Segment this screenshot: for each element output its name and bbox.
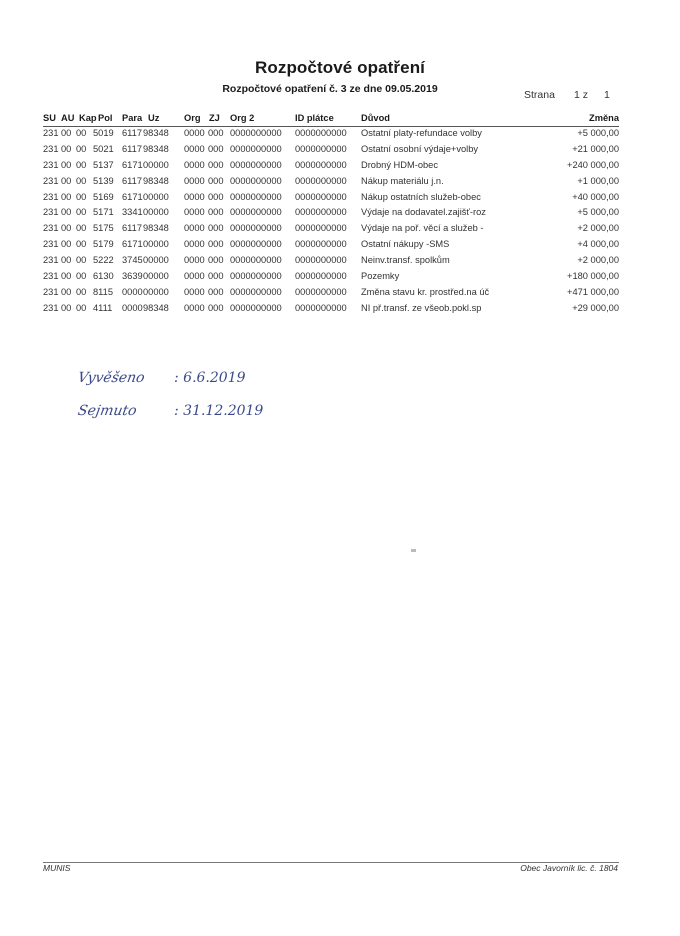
cell-id: 0000000000	[295, 255, 347, 265]
table-row: 2310000411100009834800000000000000000000…	[43, 302, 619, 318]
cell-su: 231	[43, 207, 59, 217]
cell-uz: 98348	[143, 303, 169, 313]
cell-au: 00	[61, 239, 71, 249]
cell-zmena: +1 000,00	[577, 176, 619, 186]
cell-au: 00	[61, 192, 71, 202]
handwritten-posted: Vyvěšeno: 6.6.2019	[78, 370, 246, 386]
cell-pol: 5019	[93, 128, 114, 138]
cell-uz: 98348	[143, 176, 169, 186]
table-row: 2310000513961179834800000000000000000000…	[43, 175, 619, 191]
cell-org: 0000	[184, 207, 205, 217]
cell-uz: 00000	[143, 271, 169, 281]
page-info: Strana1 z1	[524, 89, 610, 101]
cell-zmena: +21 000,00	[572, 144, 619, 154]
cell-zmena: +2 000,00	[577, 255, 619, 265]
cell-kap: 00	[76, 239, 86, 249]
table-header: SU AU Kap Pol Para Uz Org ZJ Org 2 ID pl…	[43, 113, 619, 127]
cell-au: 00	[61, 287, 71, 297]
col-zmena: Změna	[589, 113, 619, 123]
page-label: Strana	[524, 89, 574, 101]
cell-zmena: +5 000,00	[577, 128, 619, 138]
page-total: 1	[604, 89, 610, 101]
table-row: 2310000513761710000000000000000000000000…	[43, 159, 619, 175]
col-id-platce: ID plátce	[295, 113, 334, 123]
removed-label: Sejmuto	[77, 403, 176, 419]
cell-zj: 000	[208, 207, 224, 217]
cell-zj: 000	[208, 287, 224, 297]
table-row: 2310000517133410000000000000000000000000…	[43, 206, 619, 222]
cell-org: 0000	[184, 271, 205, 281]
cell-su: 231	[43, 192, 59, 202]
cell-su: 231	[43, 160, 59, 170]
cell-uz: 98348	[143, 128, 169, 138]
col-su: SU	[43, 113, 56, 123]
cell-pol: 5169	[93, 192, 114, 202]
cell-org2: 0000000000	[230, 223, 282, 233]
cell-zj: 000	[208, 255, 224, 265]
cell-org: 0000	[184, 287, 205, 297]
scan-speck	[411, 549, 416, 552]
cell-org2: 0000000000	[230, 192, 282, 202]
removed-date: : 31.12.2019	[174, 403, 263, 419]
cell-para: 6117	[122, 128, 142, 138]
posted-label: Vyvěšeno	[77, 370, 176, 386]
cell-zmena: +40 000,00	[572, 192, 619, 202]
cell-kap: 00	[76, 223, 86, 233]
cell-au: 00	[61, 303, 71, 313]
cell-kap: 00	[76, 128, 86, 138]
cell-org: 0000	[184, 255, 205, 265]
page-current: 1 z	[574, 89, 604, 101]
cell-duvod: Drobný HDM-obec	[361, 160, 438, 170]
table-body: 2310000501961179834800000000000000000000…	[43, 127, 619, 318]
cell-para: 6171	[122, 192, 143, 202]
cell-zj: 000	[208, 192, 224, 202]
cell-para: 0000	[122, 303, 143, 313]
cell-org2: 0000000000	[230, 255, 282, 265]
cell-au: 00	[61, 255, 71, 265]
table-row: 2310000517561179834800000000000000000000…	[43, 222, 619, 238]
cell-kap: 00	[76, 303, 86, 313]
cell-su: 231	[43, 239, 59, 249]
cell-duvod: Výdaje na dodavatel.zajišť-roz	[361, 207, 486, 217]
col-pol: Pol	[98, 113, 112, 123]
cell-zmena: +4 000,00	[577, 239, 619, 249]
col-para: Para	[122, 113, 142, 123]
cell-pol: 5179	[93, 239, 114, 249]
cell-kap: 00	[76, 160, 86, 170]
cell-duvod: Ostatní nákupy -SMS	[361, 239, 449, 249]
cell-au: 00	[61, 128, 71, 138]
cell-zj: 000	[208, 128, 224, 138]
cell-zmena: +5 000,00	[577, 207, 619, 217]
cell-para: 3341	[122, 207, 143, 217]
cell-org: 0000	[184, 128, 205, 138]
cell-org: 0000	[184, 160, 205, 170]
table-row: 2310000613036390000000000000000000000000…	[43, 270, 619, 286]
col-kap: Kap	[79, 113, 97, 123]
cell-org: 0000	[184, 192, 205, 202]
cell-pol: 5139	[93, 176, 114, 186]
cell-kap: 00	[76, 255, 86, 265]
cell-su: 231	[43, 176, 59, 186]
cell-duvod: Nákup ostatních služeb-obec	[361, 192, 481, 202]
cell-zj: 000	[208, 223, 224, 233]
table-row: 2310000811500000000000000000000000000000…	[43, 286, 619, 302]
cell-pol: 4111	[93, 303, 112, 313]
cell-uz: 00000	[143, 207, 169, 217]
cell-zj: 000	[208, 303, 224, 313]
budget-table: SU AU Kap Pol Para Uz Org ZJ Org 2 ID pl…	[43, 113, 619, 318]
page-title: Rozpočtové opatření	[0, 58, 680, 78]
cell-zj: 000	[208, 271, 224, 281]
cell-pol: 5222	[93, 255, 114, 265]
cell-pol: 5137	[93, 160, 114, 170]
cell-su: 231	[43, 223, 59, 233]
cell-duvod: NI př.transf. ze všeob.pokl.sp	[361, 303, 481, 313]
cell-zmena: +180 000,00	[567, 271, 619, 281]
cell-id: 0000000000	[295, 207, 347, 217]
cell-su: 231	[43, 287, 59, 297]
cell-zj: 000	[208, 144, 224, 154]
cell-id: 0000000000	[295, 271, 347, 281]
cell-id: 0000000000	[295, 287, 347, 297]
cell-id: 0000000000	[295, 176, 347, 186]
cell-org2: 0000000000	[230, 207, 282, 217]
cell-org2: 0000000000	[230, 176, 282, 186]
posted-date: : 6.6.2019	[174, 370, 246, 386]
cell-uz: 00000	[143, 160, 169, 170]
cell-zmena: +2 000,00	[577, 223, 619, 233]
cell-id: 0000000000	[295, 192, 347, 202]
cell-org: 0000	[184, 239, 205, 249]
cell-au: 00	[61, 160, 71, 170]
cell-au: 00	[61, 176, 71, 186]
footer-license: Obec Javorník lic. č. 1804	[520, 863, 618, 873]
cell-duvod: Nákup materiálu j.n.	[361, 176, 444, 186]
cell-zmena: +29 000,00	[572, 303, 619, 313]
cell-pol: 5175	[93, 223, 114, 233]
cell-uz: 00000	[143, 239, 169, 249]
cell-id: 0000000000	[295, 160, 347, 170]
cell-duvod: Ostatní osobní výdaje+volby	[361, 144, 478, 154]
cell-org2: 0000000000	[230, 303, 282, 313]
cell-org: 0000	[184, 303, 205, 313]
cell-au: 00	[61, 144, 71, 154]
cell-kap: 00	[76, 176, 86, 186]
cell-kap: 00	[76, 192, 86, 202]
table-row: 2310000517961710000000000000000000000000…	[43, 238, 619, 254]
cell-su: 231	[43, 128, 59, 138]
cell-au: 00	[61, 271, 71, 281]
cell-id: 0000000000	[295, 239, 347, 249]
cell-org2: 0000000000	[230, 144, 282, 154]
footer-software: MUNIS	[43, 863, 70, 873]
cell-org2: 0000000000	[230, 128, 282, 138]
cell-org: 0000	[184, 223, 205, 233]
col-org2: Org 2	[230, 113, 254, 123]
cell-para: 3639	[122, 271, 143, 281]
cell-pol: 6130	[93, 271, 114, 281]
cell-para: 6117	[122, 144, 142, 154]
cell-uz: 00000	[143, 192, 169, 202]
cell-para: 3745	[122, 255, 143, 265]
cell-su: 231	[43, 255, 59, 265]
cell-su: 231	[43, 144, 59, 154]
cell-kap: 00	[76, 207, 86, 217]
handwritten-removed: Sejmuto: 31.12.2019	[78, 403, 263, 419]
cell-su: 231	[43, 303, 59, 313]
cell-id: 0000000000	[295, 303, 347, 313]
cell-pol: 8115	[93, 287, 113, 297]
cell-zmena: +471 000,00	[567, 287, 619, 297]
cell-zmena: +240 000,00	[567, 160, 619, 170]
cell-org2: 0000000000	[230, 287, 282, 297]
cell-org: 0000	[184, 176, 205, 186]
table-row: 2310000502161179834800000000000000000000…	[43, 143, 619, 159]
cell-uz: 98348	[143, 144, 169, 154]
col-uz: Uz	[148, 113, 159, 123]
cell-au: 00	[61, 207, 71, 217]
cell-kap: 00	[76, 271, 86, 281]
cell-su: 231	[43, 271, 59, 281]
cell-para: 6171	[122, 160, 143, 170]
cell-duvod: Změna stavu kr. prostřed.na úč	[361, 287, 489, 297]
cell-zj: 000	[208, 176, 224, 186]
col-duvod: Důvod	[361, 113, 390, 123]
cell-org2: 0000000000	[230, 271, 282, 281]
cell-para: 6117	[122, 176, 142, 186]
cell-duvod: Výdaje na poř. věcí a služeb -	[361, 223, 483, 233]
cell-zj: 000	[208, 239, 224, 249]
cell-zj: 000	[208, 160, 224, 170]
cell-id: 0000000000	[295, 128, 347, 138]
col-au: AU	[61, 113, 74, 123]
cell-pol: 5171	[93, 207, 114, 217]
table-row: 2310000516961710000000000000000000000000…	[43, 191, 619, 207]
cell-para: 0000	[122, 287, 143, 297]
cell-org: 0000	[184, 144, 205, 154]
cell-pol: 5021	[93, 144, 114, 154]
col-zj: ZJ	[209, 113, 220, 123]
col-org: Org	[184, 113, 201, 123]
cell-kap: 00	[76, 144, 86, 154]
cell-au: 00	[61, 223, 71, 233]
cell-para: 6171	[122, 239, 143, 249]
cell-kap: 00	[76, 287, 86, 297]
table-row: 2310000522237450000000000000000000000000…	[43, 254, 619, 270]
cell-uz: 98348	[143, 223, 169, 233]
cell-para: 6117	[122, 223, 142, 233]
cell-uz: 00000	[143, 255, 169, 265]
cell-id: 0000000000	[295, 223, 347, 233]
cell-duvod: Neinv.transf. spolkům	[361, 255, 450, 265]
table-row: 2310000501961179834800000000000000000000…	[43, 127, 619, 143]
cell-org2: 0000000000	[230, 160, 282, 170]
cell-duvod: Ostatní platy-refundace volby	[361, 128, 482, 138]
cell-duvod: Pozemky	[361, 271, 399, 281]
cell-org2: 0000000000	[230, 239, 282, 249]
cell-uz: 00000	[143, 287, 169, 297]
cell-id: 0000000000	[295, 144, 347, 154]
